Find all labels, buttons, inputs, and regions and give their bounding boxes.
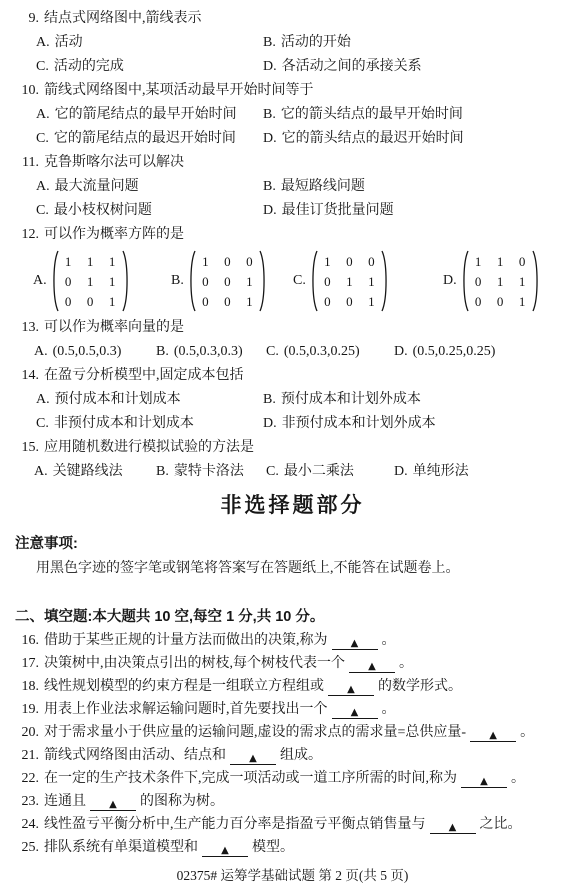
option-d: D.(0.5,0.25,0.25) — [394, 340, 570, 364]
triangle-marker-icon: ▲ — [449, 822, 457, 833]
fill-section-title: 二、填空题:本大题共 10 空,每空 1 分,共 10 分。 — [15, 605, 570, 629]
matrix-cell: 1 — [516, 275, 529, 288]
option-text: 最大流量问题 — [55, 179, 139, 194]
matrix-cell: 0 — [221, 295, 234, 308]
option-label: C. — [36, 416, 49, 431]
section-heading: 非选择题部分 — [15, 492, 570, 519]
question-14: 14.在盈亏分析模型中,固定成本包括 A.预付成本和计划成本 B.预付成本和计划… — [15, 364, 570, 436]
matrix-cell: 1 — [516, 295, 529, 308]
options: A.预付成本和计划成本 B.预付成本和计划外成本 C.非预付成本和计划成本 D.… — [15, 388, 570, 436]
answer-blank: ▲ — [349, 659, 395, 673]
question-text-after: 的数学形式。 — [378, 679, 462, 694]
matrix-cell: 0 — [321, 275, 334, 288]
matrix-grid: 100 001 001 — [196, 255, 259, 308]
option-b: B.(0.5,0.3,0.3) — [156, 340, 266, 364]
question-stem: 可以作为概率方阵的是 — [44, 227, 184, 242]
triangle-marker-icon: ▲ — [109, 799, 117, 810]
question-stem: 应用随机数进行模拟试验的方法是 — [44, 440, 254, 455]
answer-blank: ▲ — [328, 682, 374, 696]
question-text-after: 之比。 — [480, 817, 522, 832]
matrix-options: A. 111 011 001 B. 100 00 — [15, 250, 570, 312]
option-text: 活动 — [55, 35, 83, 50]
option-text: 活动的完成 — [54, 59, 124, 74]
exam-page: 9.结点式网络图中,箭线表示 A.活动 B.活动的开始 C.活动的完成 D.各活… — [0, 0, 585, 885]
question-19: 19.用表上作业法求解运输问题时,首先要找出一个▲。 — [15, 698, 570, 721]
answer-blank: ▲ — [470, 728, 516, 742]
question-stem: 克鲁斯喀尔法可以解决 — [44, 155, 184, 170]
option-text: (0.5,0.5,0.3) — [53, 344, 122, 359]
option-text: 预付成本和计划外成本 — [281, 392, 421, 407]
matrix-cell: 1 — [106, 295, 119, 308]
question-17: 17.决策树中,由决策点引出的树枝,每个树枝代表一个▲。 — [15, 652, 570, 675]
option-b: B.预付成本和计划外成本 — [263, 388, 570, 412]
question-11: 11.克鲁斯喀尔法可以解决 A.最大流量问题 B.最短路线问题 C.最小枝权树问… — [15, 151, 570, 223]
option-label: D. — [263, 203, 277, 218]
options: A.关键路线法 B.蒙特卡洛法 C.最小二乘法 D.单纯形法 — [15, 460, 570, 484]
option-label: A. — [34, 464, 48, 479]
question-stem-row: 12.可以作为概率方阵的是 — [15, 223, 570, 247]
question-number: 22. — [15, 767, 39, 790]
matrix-cell: 0 — [343, 255, 356, 268]
option-label: A. — [36, 392, 50, 407]
question-text-after: 。 — [520, 725, 534, 740]
triangle-marker-icon: ▲ — [480, 776, 488, 787]
option-c: C.非预付成本和计划成本 — [36, 412, 263, 436]
matrix-cell: 1 — [243, 295, 256, 308]
matrix-option-d: D. 110 011 001 — [443, 250, 570, 312]
question-stem-row: 15.应用随机数进行模拟试验的方法是 — [15, 436, 570, 460]
option-text: 最短路线问题 — [281, 179, 365, 194]
option-d: D.它的箭头结点的最迟开始时间 — [263, 127, 570, 151]
question-22: 22.在一定的生产技术条件下,完成一项活动或一道工序所需的时间,称为▲。 — [15, 767, 570, 790]
question-23: 23.连通且▲的图称为树。 — [15, 790, 570, 813]
option-b: B.最短路线问题 — [263, 175, 570, 199]
option-a: A.最大流量问题 — [36, 175, 263, 199]
option-text: 它的箭头结点的最早开始时间 — [281, 107, 463, 122]
option-d: D.非预付成本和计划外成本 — [263, 412, 570, 436]
matrix-cell: 1 — [494, 255, 507, 268]
matrix-cell: 1 — [84, 255, 97, 268]
answer-blank: ▲ — [332, 705, 378, 719]
question-text-after: 模型。 — [252, 840, 294, 855]
option-label: B. — [263, 35, 276, 50]
option-text: (0.5,0.25,0.25) — [413, 344, 496, 359]
option-a: A.活动 — [36, 31, 263, 55]
triangle-marker-icon: ▲ — [351, 707, 359, 718]
question-stem-row: 14.在盈亏分析模型中,固定成本包括 — [15, 364, 570, 388]
question-text-after: 。 — [382, 633, 396, 648]
matrix-left-paren — [51, 250, 59, 312]
matrix-cell: 0 — [472, 295, 485, 308]
option-b: B.活动的开始 — [263, 31, 570, 55]
triangle-marker-icon: ▲ — [221, 845, 229, 856]
option-d: D.各活动之间的承接关系 — [263, 55, 570, 79]
question-number: 18. — [15, 675, 39, 698]
question-text-before: 排队系统有单渠道模型和 — [44, 840, 198, 855]
matrix-cell: 0 — [221, 275, 234, 288]
question-stem-row: 11.克鲁斯喀尔法可以解决 — [15, 151, 570, 175]
option-label: C. — [266, 464, 279, 479]
matrix-cell: 0 — [472, 275, 485, 288]
matrix: 100 001 001 — [188, 250, 267, 312]
option-a: A.预付成本和计划成本 — [36, 388, 263, 412]
question-number: 24. — [15, 813, 39, 836]
question-text-after: 。 — [511, 771, 525, 786]
question-9: 9.结点式网络图中,箭线表示 A.活动 B.活动的开始 C.活动的完成 D.各活… — [15, 7, 570, 79]
answer-blank: ▲ — [90, 797, 136, 811]
question-text-after: 。 — [399, 656, 413, 671]
options: A.最大流量问题 B.最短路线问题 C.最小枝权树问题 D.最佳订货批量问题 — [15, 175, 570, 223]
option-c: C.活动的完成 — [36, 55, 263, 79]
notice-body: 用黑色字迹的签字笔或钢笔将答案写在答题纸上,不能答在试题卷上。 — [15, 557, 570, 581]
option-b: B.蒙特卡洛法 — [156, 460, 266, 484]
answer-blank: ▲ — [332, 636, 378, 650]
matrix-right-paren — [259, 250, 267, 312]
options: A.它的箭尾结点的最早开始时间 B.它的箭头结点的最早开始时间 C.它的箭尾结点… — [15, 103, 570, 151]
matrix-cell: 0 — [321, 295, 334, 308]
question-number: 25. — [15, 836, 39, 859]
question-stem: 可以作为概率向量的是 — [44, 320, 184, 335]
matrix-cell: 1 — [343, 275, 356, 288]
question-text-before: 借助于某些正规的计量方法而做出的决策,称为 — [44, 633, 328, 648]
option-label: C. — [266, 344, 279, 359]
matrix-cell: 0 — [62, 275, 75, 288]
option-label: A. — [36, 179, 50, 194]
option-label: B. — [263, 179, 276, 194]
option-text: 单纯形法 — [413, 464, 469, 479]
question-text-before: 线性规划模型的约束方程是一组联立方程组或 — [44, 679, 324, 694]
option-label: C. — [36, 203, 49, 218]
option-text: 它的箭头结点的最迟开始时间 — [282, 131, 464, 146]
question-number: 20. — [15, 721, 39, 744]
question-text-after: 。 — [382, 702, 396, 717]
options: A.活动 B.活动的开始 C.活动的完成 D.各活动之间的承接关系 — [15, 31, 570, 79]
question-12: 12.可以作为概率方阵的是 A. 111 011 001 B. — [15, 223, 570, 312]
option-text: (0.5,0.3,0.25) — [284, 344, 360, 359]
question-stem-row: 10.箭线式网络图中,某项活动最早开始时间等于 — [15, 79, 570, 103]
matrix-cell: 0 — [221, 255, 234, 268]
option-label: D. — [394, 464, 408, 479]
question-stem-row: 13.可以作为概率向量的是 — [15, 316, 570, 340]
matrix-cell: 0 — [516, 255, 529, 268]
option-c: C.它的箭尾结点的最迟开始时间 — [36, 127, 263, 151]
matrix: 111 011 001 — [51, 250, 130, 312]
option-text: 最佳订货批量问题 — [282, 203, 394, 218]
matrix-cell: 1 — [365, 275, 378, 288]
question-number: 21. — [15, 744, 39, 767]
option-label: C. — [36, 131, 49, 146]
matrix-left-paren — [310, 250, 318, 312]
matrix-cell: 1 — [62, 255, 75, 268]
option-c: C.最小二乘法 — [266, 460, 394, 484]
matrix-right-paren — [532, 250, 540, 312]
option-label: D. — [263, 131, 277, 146]
option-label: D. — [394, 344, 408, 359]
question-text-after: 的图称为树。 — [140, 794, 224, 809]
option-label: B. — [156, 464, 169, 479]
matrix-cell: 1 — [84, 275, 97, 288]
matrix-cell: 1 — [106, 255, 119, 268]
matrix-option-c: C. 100 011 001 — [293, 250, 443, 312]
option-c: C.最小枝权树问题 — [36, 199, 263, 223]
matrix-cell: 1 — [472, 255, 485, 268]
option-label: A. — [36, 107, 50, 122]
option-text: 各活动之间的承接关系 — [282, 59, 422, 74]
matrix-option-a: A. 111 011 001 — [33, 250, 171, 312]
notice-title: 注意事项: — [15, 531, 570, 557]
question-24: 24.线性盈亏平衡分析中,生产能力百分率是指盈亏平衡点销售量与▲之比。 — [15, 813, 570, 836]
triangle-marker-icon: ▲ — [351, 638, 359, 649]
option-label: C. — [293, 273, 306, 289]
option-text: 非预付成本和计划成本 — [54, 416, 194, 431]
matrix-right-paren — [122, 250, 130, 312]
question-stem: 结点式网络图中,箭线表示 — [44, 11, 202, 26]
question-25: 25.排队系统有单渠道模型和▲模型。 — [15, 836, 570, 859]
matrix-cell: 0 — [365, 255, 378, 268]
matrix-cell: 1 — [106, 275, 119, 288]
question-text-after: 组成。 — [280, 748, 322, 763]
matrix-cell: 1 — [494, 275, 507, 288]
option-label: B. — [263, 392, 276, 407]
question-stem-row: 9.结点式网络图中,箭线表示 — [15, 7, 570, 31]
matrix-cell: 0 — [62, 295, 75, 308]
option-text: 非预付成本和计划外成本 — [282, 416, 436, 431]
triangle-marker-icon: ▲ — [249, 753, 257, 764]
option-label: A. — [34, 344, 48, 359]
option-a: A.它的箭尾结点的最早开始时间 — [36, 103, 263, 127]
matrix-right-paren — [381, 250, 389, 312]
options: A.(0.5,0.5,0.3) B.(0.5,0.3,0.3) C.(0.5,0… — [15, 340, 570, 364]
option-a: A.(0.5,0.5,0.3) — [34, 340, 156, 364]
question-text-before: 决策树中,由决策点引出的树枝,每个树枝代表一个 — [44, 656, 345, 671]
option-b: B.它的箭头结点的最早开始时间 — [263, 103, 570, 127]
answer-blank: ▲ — [230, 751, 276, 765]
matrix-cell: 1 — [321, 255, 334, 268]
question-text-before: 在一定的生产技术条件下,完成一项活动或一道工序所需的时间,称为 — [44, 771, 457, 786]
matrix-cell: 0 — [199, 275, 212, 288]
question-number: 19. — [15, 698, 39, 721]
question-text-before: 对于需求量小于供应量的运输问题,虚设的需求点的需求量=总供应量- — [44, 725, 466, 740]
matrix: 100 011 001 — [310, 250, 389, 312]
matrix-cell: 0 — [84, 295, 97, 308]
option-text: (0.5,0.3,0.3) — [174, 344, 243, 359]
question-number: 13. — [15, 316, 39, 340]
triangle-marker-icon: ▲ — [489, 730, 497, 741]
question-number: 17. — [15, 652, 39, 675]
option-text: 最小枝权树问题 — [54, 203, 152, 218]
option-text: 最小二乘法 — [284, 464, 354, 479]
question-15: 15.应用随机数进行模拟试验的方法是 A.关键路线法 B.蒙特卡洛法 C.最小二… — [15, 436, 570, 484]
option-text: 活动的开始 — [281, 35, 351, 50]
option-d: D.单纯形法 — [394, 460, 570, 484]
option-label: B. — [171, 273, 184, 289]
question-16: 16.借助于某些正规的计量方法而做出的决策,称为▲。 — [15, 629, 570, 652]
triangle-marker-icon: ▲ — [347, 684, 355, 695]
question-text-before: 用表上作业法求解运输问题时,首先要找出一个 — [44, 702, 328, 717]
option-label: B. — [156, 344, 169, 359]
matrix-cell: 0 — [199, 295, 212, 308]
matrix-grid: 111 011 001 — [59, 255, 122, 308]
answer-blank: ▲ — [461, 774, 507, 788]
option-label: B. — [263, 107, 276, 122]
answer-blank: ▲ — [430, 820, 476, 834]
matrix-option-b: B. 100 001 001 — [171, 250, 293, 312]
question-text-before: 箭线式网络图由活动、结点和 — [44, 748, 226, 763]
question-stem: 在盈亏分析模型中,固定成本包括 — [44, 368, 244, 383]
matrix-cell: 0 — [243, 255, 256, 268]
option-label: D. — [263, 59, 277, 74]
option-label: C. — [36, 59, 49, 74]
question-number: 14. — [15, 364, 39, 388]
question-20: 20.对于需求量小于供应量的运输问题,虚设的需求点的需求量=总供应量-▲。 — [15, 721, 570, 744]
question-21: 21.箭线式网络图由活动、结点和▲组成。 — [15, 744, 570, 767]
matrix-cell: 1 — [243, 275, 256, 288]
triangle-marker-icon: ▲ — [368, 661, 376, 672]
option-text: 它的箭尾结点的最早开始时间 — [55, 107, 237, 122]
option-c: C.(0.5,0.3,0.25) — [266, 340, 394, 364]
question-stem: 箭线式网络图中,某项活动最早开始时间等于 — [44, 83, 314, 98]
question-text-before: 线性盈亏平衡分析中,生产能力百分率是指盈亏平衡点销售量与 — [44, 817, 426, 832]
question-number: 9. — [15, 7, 39, 31]
matrix-grid: 110 011 001 — [469, 255, 532, 308]
option-label: A. — [33, 273, 47, 289]
matrix: 110 011 001 — [461, 250, 540, 312]
question-number: 16. — [15, 629, 39, 652]
question-text-before: 连通且 — [44, 794, 86, 809]
question-13: 13.可以作为概率向量的是 A.(0.5,0.5,0.3) B.(0.5,0.3… — [15, 316, 570, 364]
matrix-cell: 0 — [494, 295, 507, 308]
matrix-cell: 1 — [365, 295, 378, 308]
question-18: 18.线性规划模型的约束方程是一组联立方程组或▲的数学形式。 — [15, 675, 570, 698]
option-text: 关键路线法 — [53, 464, 123, 479]
matrix-grid: 100 011 001 — [318, 255, 381, 308]
question-number: 15. — [15, 436, 39, 460]
option-d: D.最佳订货批量问题 — [263, 199, 570, 223]
matrix-left-paren — [461, 250, 469, 312]
option-label: A. — [36, 35, 50, 50]
question-number: 11. — [15, 151, 39, 175]
matrix-cell: 1 — [199, 255, 212, 268]
answer-blank: ▲ — [202, 843, 248, 857]
question-number: 10. — [15, 79, 39, 103]
question-10: 10.箭线式网络图中,某项活动最早开始时间等于 A.它的箭尾结点的最早开始时间 … — [15, 79, 570, 151]
question-number: 12. — [15, 223, 39, 247]
option-label: D. — [443, 273, 457, 289]
page-footer: 02375# 运筹学基础试题 第 2 页(共 5 页) — [15, 867, 570, 885]
option-label: D. — [263, 416, 277, 431]
question-number: 23. — [15, 790, 39, 813]
option-text: 蒙特卡洛法 — [174, 464, 244, 479]
matrix-left-paren — [188, 250, 196, 312]
matrix-cell: 0 — [343, 295, 356, 308]
option-a: A.关键路线法 — [34, 460, 156, 484]
option-text: 预付成本和计划成本 — [55, 392, 181, 407]
option-text: 它的箭尾结点的最迟开始时间 — [54, 131, 236, 146]
